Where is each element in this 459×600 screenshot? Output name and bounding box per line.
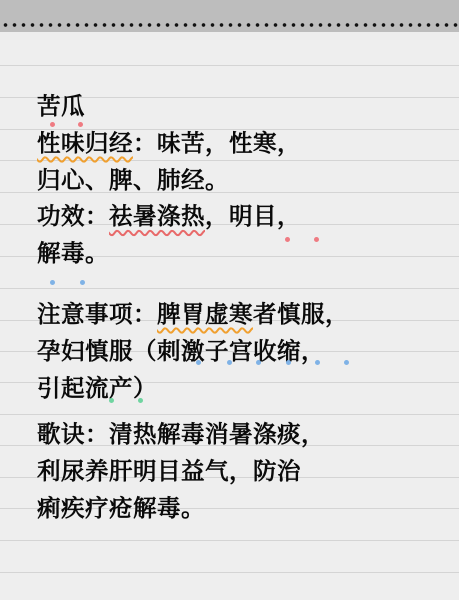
emphasis-dot xyxy=(256,360,261,365)
notebook-binding-bar xyxy=(0,0,459,32)
note-title: 苦瓜 xyxy=(37,88,447,125)
ruled-line xyxy=(0,572,459,573)
emphasis-dot xyxy=(315,360,320,365)
binding-holes xyxy=(0,22,459,28)
separator: ： xyxy=(133,129,157,157)
label-mnemonic: 歌诀 xyxy=(37,420,85,448)
line-text: 清热解毒消暑涤痰， xyxy=(109,420,325,448)
label-precautions: 注意事项 xyxy=(37,300,133,328)
line-text: 利尿养肝明目益气，防治 xyxy=(37,457,301,485)
emphasis-dot xyxy=(50,122,55,127)
line-text: 味苦，性寒， xyxy=(157,129,301,157)
emphasis-dot xyxy=(78,122,83,127)
note-line: 功效：祛暑涤热，明目， xyxy=(37,198,447,235)
line-text: ，明目， xyxy=(205,202,301,230)
line-text: 者慎服， xyxy=(253,300,349,328)
note-body: 苦瓜 性味归经：味苦，性寒， 归心、脾、肺经。 功效：祛暑涤热，明目， 解毒。 … xyxy=(37,88,447,527)
separator: ： xyxy=(85,420,109,448)
line-text: 归心、脾、肺经。 xyxy=(37,166,229,194)
note-line: 利尿养肝明目益气，防治 xyxy=(37,453,447,490)
note-line: 痢疾疗疮解毒。 xyxy=(37,490,447,527)
emphasis-dot xyxy=(227,360,232,365)
line-text: 解毒。 xyxy=(37,239,109,267)
note-line: 孕妇慎服（刺激子宫收缩， xyxy=(37,333,447,370)
note-line: 归心、脾、肺经。 xyxy=(37,162,447,199)
note-line: 性味归经：味苦，性寒， xyxy=(37,125,447,162)
separator: ： xyxy=(85,202,109,230)
emphasis-dot xyxy=(80,280,85,285)
title-text: 苦瓜 xyxy=(37,92,85,120)
highlight-text: 脾胃虚寒 xyxy=(157,300,253,328)
emphasis-dot xyxy=(344,360,349,365)
note-line: 注意事项：脾胃虚寒者慎服， xyxy=(37,296,447,333)
note-line: 歌诀：清热解毒消暑涤痰， xyxy=(37,416,447,453)
emphasis-dot xyxy=(138,398,143,403)
ruled-line xyxy=(0,540,459,541)
note-line: 引起流产） xyxy=(37,370,447,407)
emphasis-dot xyxy=(285,237,290,242)
separator: ： xyxy=(133,300,157,328)
label-efficacy: 功效 xyxy=(37,202,85,230)
line-text: 孕妇慎服（刺激子宫收缩， xyxy=(37,337,325,365)
emphasis-dot xyxy=(196,360,201,365)
emphasis-dot xyxy=(286,360,291,365)
note-line: 解毒。 xyxy=(37,235,447,272)
emphasis-dot xyxy=(50,280,55,285)
highlight-text: 祛暑涤热 xyxy=(109,202,205,230)
emphasis-dot xyxy=(109,398,114,403)
line-text: 痢疾疗疮解毒。 xyxy=(37,494,205,522)
emphasis-dot xyxy=(314,237,319,242)
label-nature-meridian: 性味归经 xyxy=(37,129,133,157)
ruled-line xyxy=(0,65,459,66)
